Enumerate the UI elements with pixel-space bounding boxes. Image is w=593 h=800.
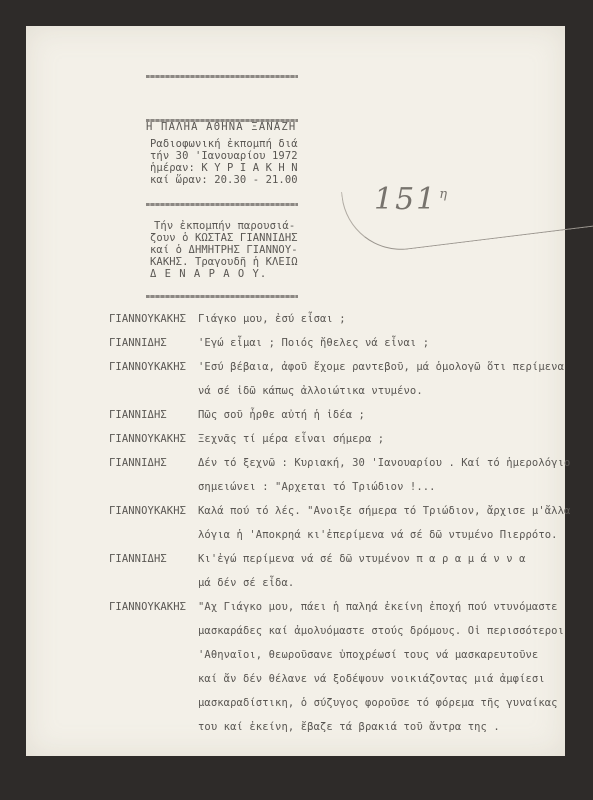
header-rule-2 [146, 119, 298, 122]
presenters-line: ΚΑΚΗΣ. Τραγουδῆ ἡ ΚΛΕΙΩ [150, 256, 298, 268]
presenters-line: Τήν ἐκπομπήν παρουσιά- [154, 220, 295, 232]
dialogue-line: 'Αθηναῖοι, θεωροῦσανε ὑποχρέωσί τους νά … [198, 649, 538, 661]
dialogue-line: Καλά πού τό λές. "Ανοιξε σήμερα τό Τριώδ… [198, 505, 570, 517]
header-rule-3 [146, 203, 298, 206]
speaker-name: ΓΙΑΝΝΟΥΚΑΚΗΣ [109, 505, 186, 517]
dialogue-line: του καί ἐκείνη, ἔβαζε τά βρακιά τοῦ ἄντρ… [198, 721, 500, 733]
dialogue-line: μασκαράδες καί ἀμολυόμαστε στούς δρόμους… [198, 625, 564, 637]
broadcast-info-line: τήν 30 'Ιανουαρίου 1972 [150, 150, 298, 162]
dialogue-line: 'Εσύ βέβαια, ἀφοῦ ἔχομε ραντεβοῦ, μά ὁμο… [198, 361, 564, 373]
presenters-line: καί ὁ ΔΗΜΗΤΡΗΣ ΓΙΑΝΝΟΥ- [150, 244, 298, 256]
dialogue-line: Δέν τό ξεχνῶ : Κυριακή, 30 'Ιανουαρίου .… [198, 457, 570, 469]
speaker-name: ΓΙΑΝΝΙΔΗΣ [109, 409, 167, 421]
dialogue-line: μά δέν σέ εἶδα. [198, 577, 294, 589]
dialogue-line: καί ἄν δέν θέλανε νά ξοδέψουν νοικιάζοντ… [198, 673, 545, 685]
dialogue-line: Γιάγκο μου, ἐσύ εἶσαι ; [198, 313, 346, 325]
speaker-name: ΓΙΑΝΝΙΔΗΣ [109, 457, 167, 469]
speaker-name: ΓΙΑΝΝΟΥΚΑΚΗΣ [109, 313, 186, 325]
header-rule-bottom [146, 295, 298, 298]
dialogue-line: Κι'ἐγώ περίμενα νά σέ δῶ ντυμένον π α ρ … [198, 553, 526, 565]
dialogue-line: 'Εγώ εἶμαι ; Ποιός ἤθελες νά εἶναι ; [198, 337, 429, 349]
dialogue-line: νά σέ ἰδῶ κάπως ἀλλοιώτικα ντυμένο. [198, 385, 423, 397]
speaker-name: ΓΙΑΝΝΟΥΚΑΚΗΣ [109, 601, 186, 613]
dialogue-line: "Αχ Γιάγκο μου, πάει ἡ παληά ἐκείνη ἐποχ… [198, 601, 558, 613]
dialogue-line: μασκαραδίστικη, ὁ σύζυγος φοροῦσε τό φόρ… [198, 697, 558, 709]
speaker-name: ΓΙΑΝΝΟΥΚΑΚΗΣ [109, 433, 186, 445]
speaker-name: ΓΙΑΝΝΙΔΗΣ [109, 553, 167, 565]
speaker-name: ΓΙΑΝΝΙΔΗΣ [109, 337, 167, 349]
document-title: Η ΠΑΛΗΑ ΑΘΗΝΑ ΞΑΝΑΖΗ [146, 121, 296, 133]
dialogue-line: σημειώνει : "Αρχεται τό Τριώδιον !... [198, 481, 436, 493]
broadcast-info-line: Ραδιοφωνική ἐκπομπή διά [150, 138, 298, 150]
dialogue-line: Πῶς σοῦ ἦρθε αὐτή ἡ ἰδέα ; [198, 409, 365, 421]
presenters-line: ζουν ὁ ΚΩΣΤΑΣ ΓΙΑΝΝΙΔΗΣ [150, 232, 298, 244]
typewritten-page: Η ΠΑΛΗΑ ΑΘΗΝΑ ΞΑΝΑΖΗ Ραδιοφωνική ἐκπομπή… [26, 26, 565, 756]
handwritten-page-number: 151η [374, 182, 449, 217]
dialogue-line: Ξεχνᾶς τί μέρα εἶναι σήμερα ; [198, 433, 384, 445]
presenters-line: Δ Ε Ν Α Ρ Α Ο Υ. [150, 268, 267, 280]
speaker-name: ΓΙΑΝΝΟΥΚΑΚΗΣ [109, 361, 186, 373]
header-rule-top [146, 75, 298, 78]
broadcast-info-line: καί ὥραν: 20.30 - 21.00 [150, 174, 298, 186]
broadcast-info-line: ἡμέραν: Κ Υ Ρ Ι Α Κ Η Ν [150, 162, 298, 174]
dialogue-line: λόγια ἡ 'Αποκρηά κι'ἐπερίμενα νά σέ δῶ ν… [198, 529, 558, 541]
